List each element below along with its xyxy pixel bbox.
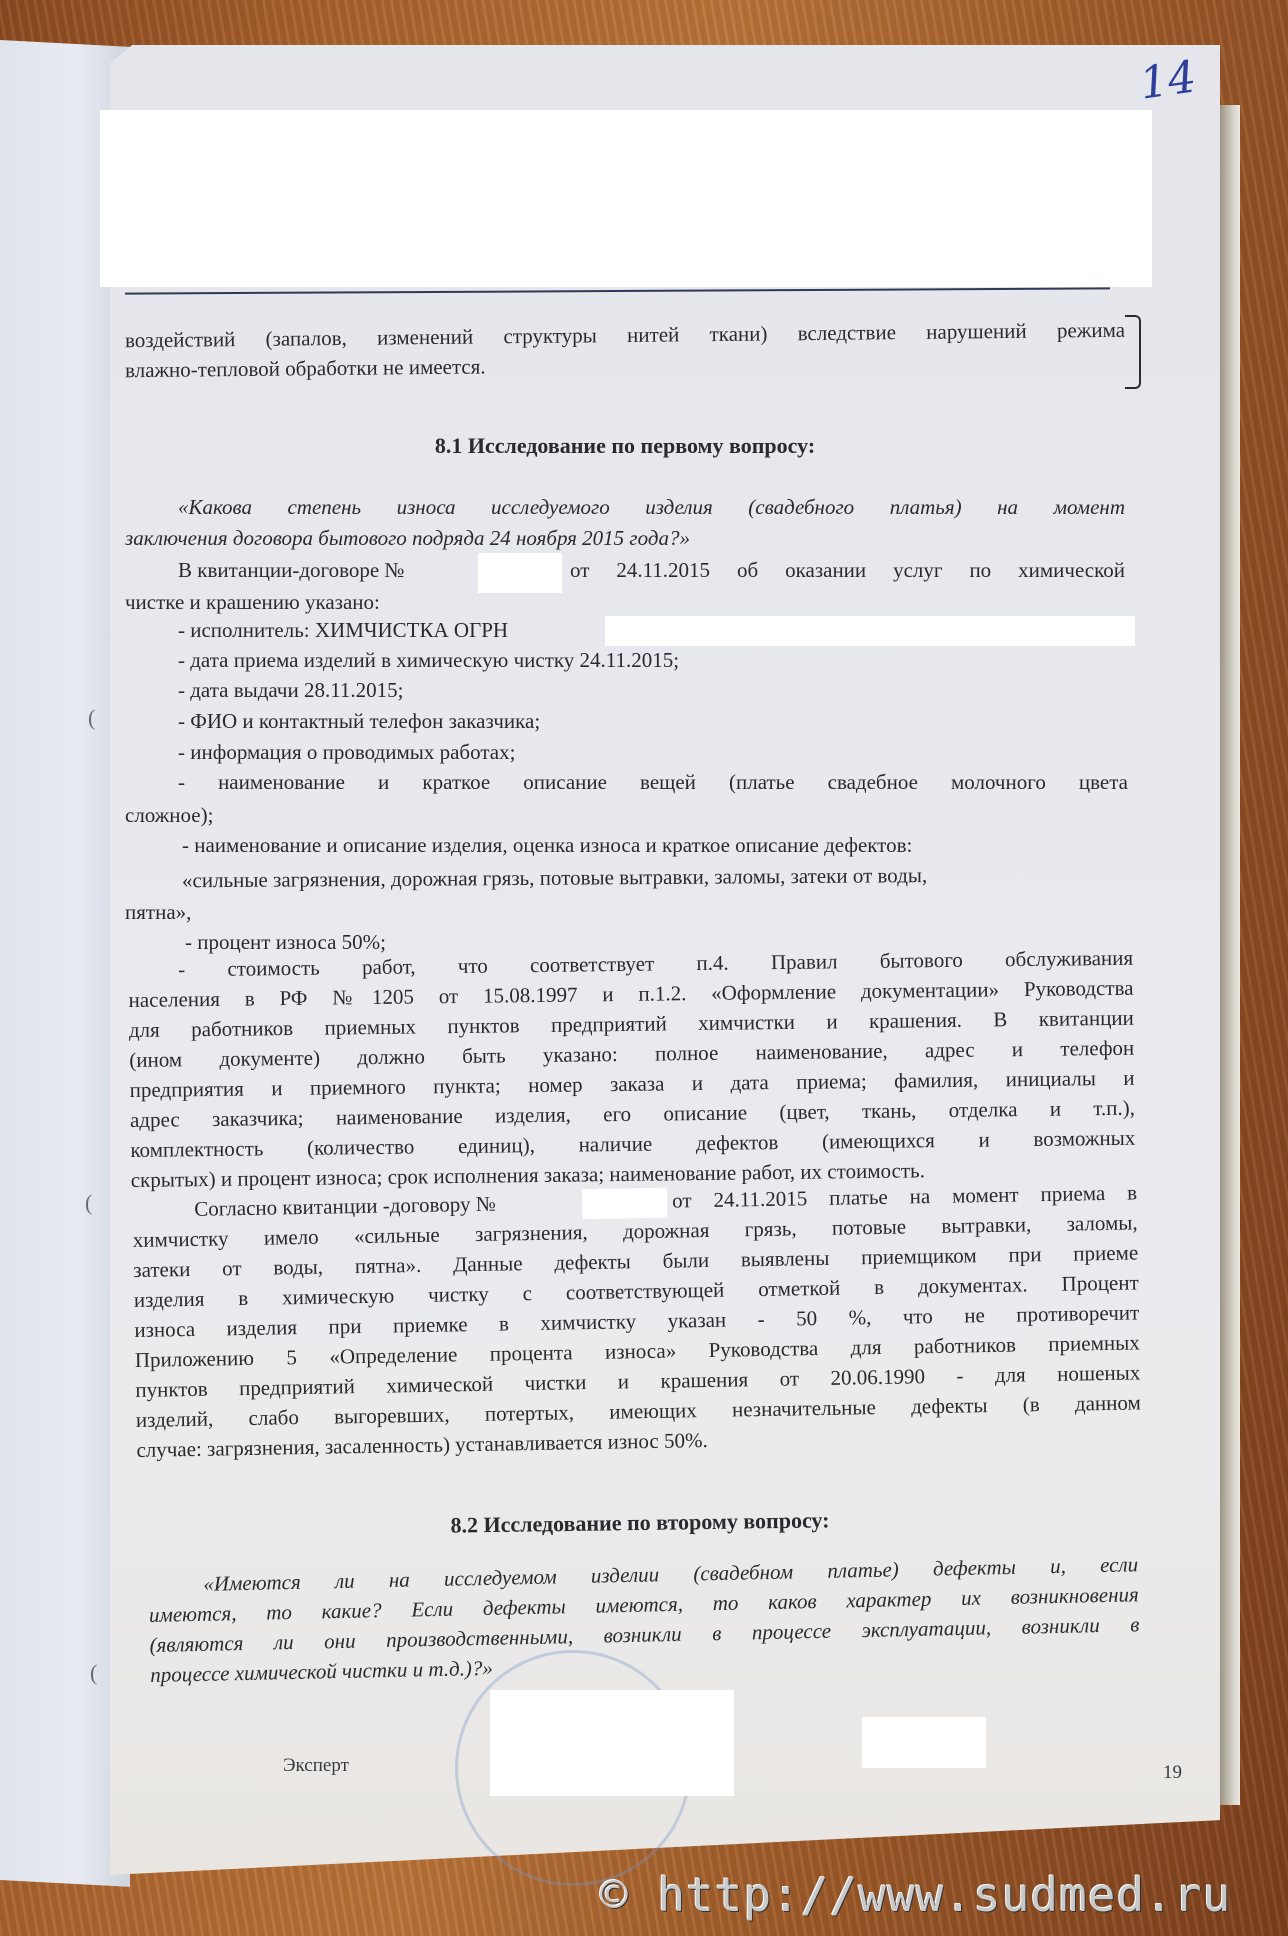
section-8-1-question-line-2: заключения договора бытового подряда 24 … bbox=[125, 523, 1125, 553]
list-item-description: - наименование и краткое описание вещей … bbox=[178, 767, 1128, 797]
redacted-ogrn bbox=[605, 616, 1135, 646]
list-item-defects: - наименование и описание изделия, оценк… bbox=[182, 830, 912, 860]
redacted-expert-name bbox=[862, 1717, 986, 1768]
list-item-issue-date: - дата выдачи 28.11.2015; bbox=[178, 675, 404, 705]
section-8-1-question-line-1: «Какова степень износа исследуемого изде… bbox=[178, 492, 1125, 522]
conclusion-paragraph: Согласно квитанции -договору № от 24.11.… bbox=[132, 1177, 1142, 1464]
receipt-intro-end: от 24.11.2015 об оказании услуг по химич… bbox=[570, 555, 1125, 585]
redacted-receipt-number bbox=[478, 553, 562, 593]
list-item-defects-quote-end: пятна», bbox=[125, 897, 191, 927]
list-item-executor: - исполнитель: ХИМЧИСТКА ОГРН bbox=[178, 615, 508, 645]
margin-binding-mark: ( bbox=[88, 705, 95, 731]
margin-binding-mark: ( bbox=[85, 1190, 92, 1216]
copyright-watermark: © http://www.sudmed.ru bbox=[600, 1868, 1231, 1922]
list-item-description-cont: сложное); bbox=[125, 800, 213, 830]
handwritten-bracket bbox=[1125, 315, 1141, 389]
list-item-accept-date: - дата приема изделий в химическую чистк… bbox=[178, 645, 679, 675]
section-8-1-heading: 8.1 Исследование по первому вопросу: bbox=[125, 433, 1125, 459]
redacted-signature bbox=[490, 1690, 734, 1796]
redacted-header-block bbox=[100, 110, 1152, 287]
footer-page-number: 19 bbox=[1163, 1762, 1182, 1784]
receipt-intro-line-2: чистке и крашению указано: bbox=[125, 587, 380, 617]
list-item-customer-contact: - ФИО и контактный телефон заказчика; bbox=[178, 706, 540, 736]
section-8-2-question: «Имеются ли на исследуемом изделии (свад… bbox=[148, 1549, 1140, 1690]
receipt-intro-start: В квитанции-договоре № bbox=[178, 555, 404, 585]
margin-binding-mark: ( bbox=[90, 1660, 97, 1686]
cost-paragraph: - стоимость работ, что соответствует п.4… bbox=[128, 943, 1136, 1195]
redacted-contract-number bbox=[582, 1188, 668, 1219]
footer-expert-label: Эксперт bbox=[283, 1755, 349, 1777]
list-item-work-info: - информация о проводимых работах; bbox=[178, 737, 515, 767]
handwritten-page-number: 14 bbox=[1137, 51, 1200, 109]
